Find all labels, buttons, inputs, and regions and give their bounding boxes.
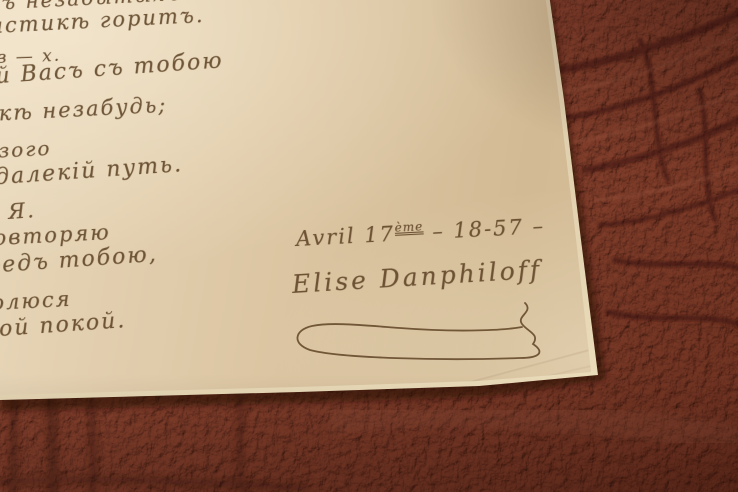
handwriting-line: евкѣ незабудь;: [0, 93, 168, 127]
date-line: Avril 17ème – 18-57 –: [295, 213, 545, 251]
handwriting-line: Я.: [7, 198, 36, 224]
date-prefix: Avril 17: [295, 222, 395, 251]
signature: Elise Danphiloff: [291, 255, 543, 299]
date-rest: – 18-57 –: [423, 214, 546, 244]
photo-scene: въ незабытыхъ листикѣ горитъ. — в — х. н…: [0, 0, 738, 492]
date-superscript: ème: [394, 219, 423, 234]
handwriting-line: чезого: [0, 136, 52, 164]
